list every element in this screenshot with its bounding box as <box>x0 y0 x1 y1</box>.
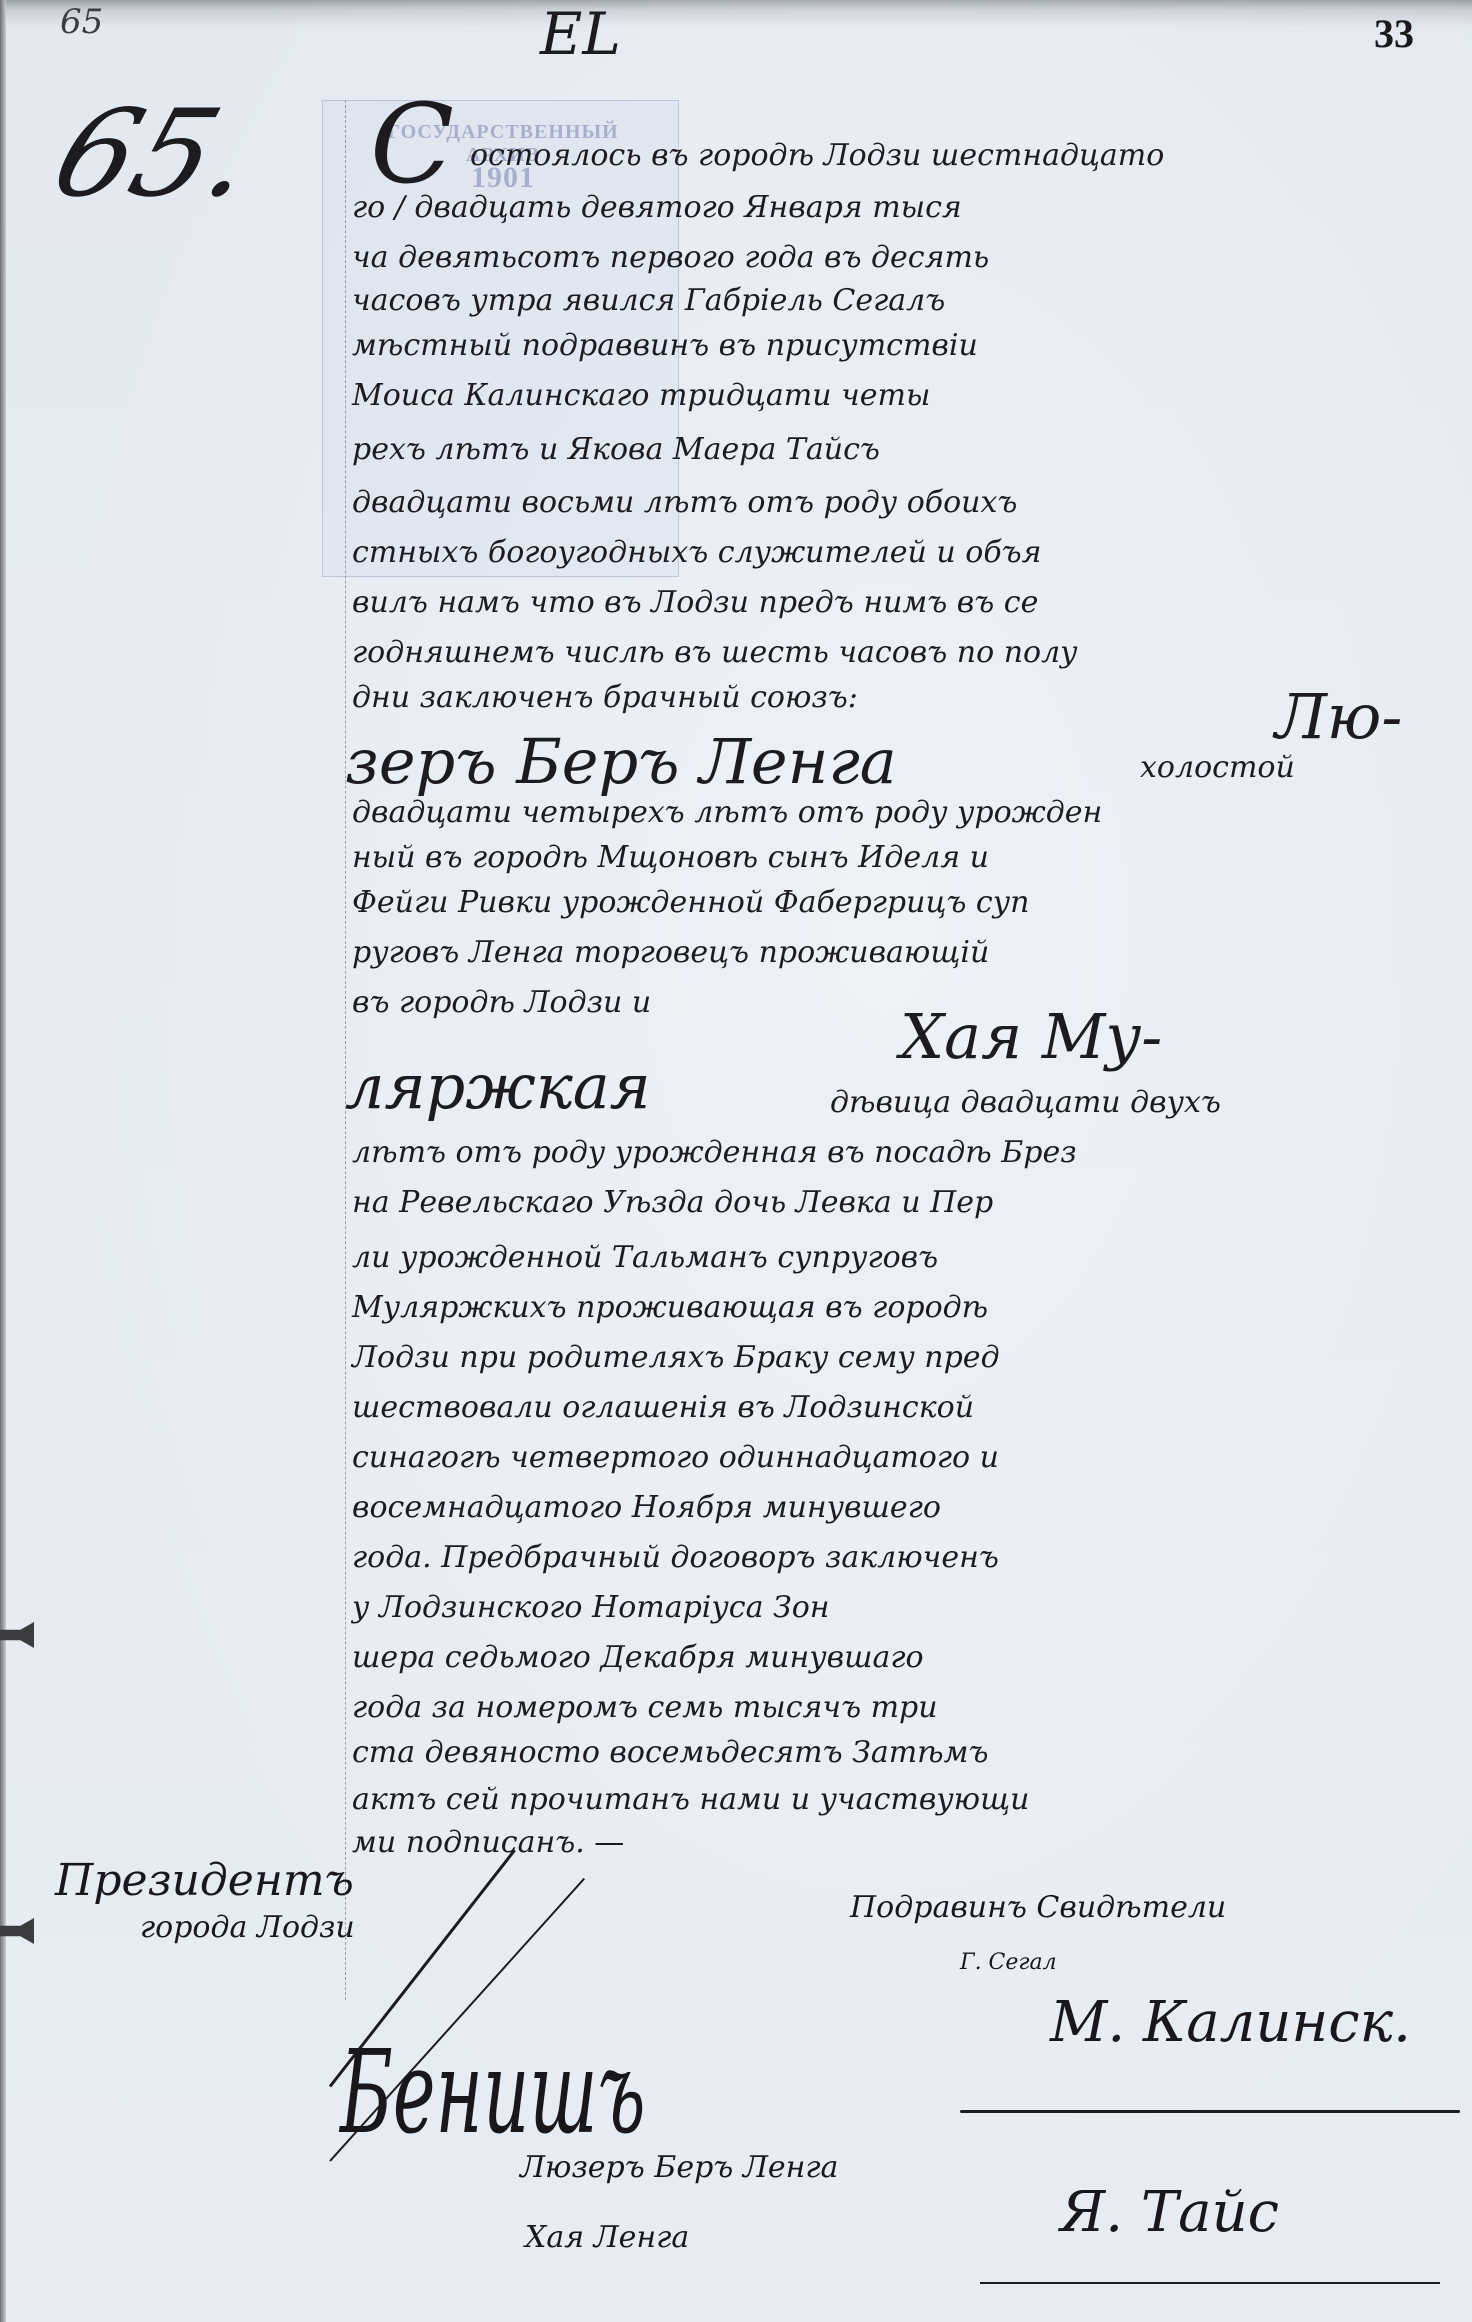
body-line: въ городѣ Лодзи и <box>352 985 651 1020</box>
body-line: стныхъ богоугодныхъ служителей и объя <box>352 535 1042 570</box>
body-line: Лодзи при родителяхъ Браку сему пред <box>352 1340 1000 1375</box>
page-number: 33 <box>1374 10 1414 57</box>
body-line: у Лодзинского Нотаріуса Зон <box>352 1590 830 1625</box>
body-line: руговъ Ленга торговецъ проживающій <box>352 935 989 970</box>
groom-signature: Люзеръ Беръ Ленга <box>520 2150 838 2185</box>
groom-name: зеръ Беръ Ленга <box>345 725 897 798</box>
president-signature: Бенишъ <box>340 2025 646 2159</box>
pencil-folio-mark: 65 <box>60 2 103 42</box>
body-line: восемнадцатого Ноября минувшего <box>352 1490 941 1525</box>
body-line: остоялось въ городѣ Лодзи шестнадцато <box>470 138 1164 173</box>
body-line: ча девятьсотъ первого года въ десять <box>352 240 989 275</box>
body-line: актъ сей прочитанъ нами и участвующи <box>352 1782 1029 1817</box>
witness-1-underline <box>960 2110 1460 2113</box>
body-line: ста девяносто восемьдесятъ Затѣмъ <box>352 1735 989 1770</box>
body-line: дѣвица двадцати двухъ <box>830 1085 1221 1120</box>
archival-page: ГОСУДАРСТВЕННЫЙ АРХИВ 1901 65 EL 33 65. … <box>0 0 1472 2322</box>
body-line: Моиса Калинскаго тридцати четы <box>352 378 930 413</box>
body-line: года за номеромъ семь тысячъ три <box>352 1690 938 1725</box>
witness-2-underline <box>980 2282 1440 2284</box>
body-line: ли урожденной Тальманъ супруговъ <box>352 1240 938 1275</box>
drop-cap-letter: С <box>370 80 454 208</box>
bride-signature: Хая Ленга <box>525 2220 689 2255</box>
body-line: годняшнемъ числѣ въ шесть часовъ по полу <box>352 635 1078 670</box>
body-line: дни заключенъ брачный союзъ: <box>352 680 858 715</box>
entry-number: 65. <box>37 85 273 224</box>
bride-name-part: Хая Му- <box>900 1000 1162 1073</box>
body-line: холостой <box>1140 750 1295 785</box>
witness-1-signature: М. Калинск. <box>1050 1990 1411 2055</box>
body-line: шера седьмого Декабря минувшаго <box>352 1640 924 1675</box>
witness-2-signature: Я. Тайс <box>1060 2180 1279 2245</box>
body-line: Муляржкихъ проживающая въ городѣ <box>352 1290 988 1325</box>
body-line: на Ревельскаго Уѣзда дочь Левка и Пер <box>352 1185 993 1220</box>
rabbi-witnesses-label: Подравинъ Свидѣтели <box>850 1890 1226 1925</box>
body-line: синагогѣ четвертого одиннадцатого и <box>352 1440 999 1475</box>
president-label-line-2: города Лодзи <box>140 1910 355 1945</box>
groom-name-part: Лю- <box>1275 680 1402 753</box>
body-line: двадцати восьми лѣтъ отъ роду обоихъ <box>352 485 1017 520</box>
body-line: шествовали оглашенія въ Лодзинской <box>352 1390 974 1425</box>
top-initials-mark: EL <box>540 0 621 68</box>
body-line: ми подписанъ. — <box>352 1825 624 1860</box>
body-line: ный въ городѣ Мщоновѣ сынъ Иделя и <box>352 840 989 875</box>
body-line: го / двадцать девятого Января тыся <box>352 190 962 225</box>
rabbi-signature: Г. Сегал <box>960 1950 1057 1975</box>
body-line: мѣстный подраввинъ въ присутствіи <box>352 328 978 363</box>
body-line: Фейги Ривки урожденной Фабергрицъ суп <box>352 885 1029 920</box>
body-line: года. Предбрачный договоръ заключенъ <box>352 1540 999 1575</box>
president-label-line-1: Президентъ <box>55 1855 354 1906</box>
body-line: вилъ намъ что въ Лодзи предъ нимъ въ се <box>352 585 1038 620</box>
body-line: часовъ утра явился Габріель Сегалъ <box>352 283 945 318</box>
body-line: рехъ лѣтъ и Якова Маера Тайсъ <box>352 432 880 467</box>
bride-surname: ляржкая <box>345 1050 651 1123</box>
body-line: лѣтъ отъ роду урожденная въ посадѣ Брез <box>352 1135 1077 1170</box>
binding-edge <box>0 0 6 2322</box>
body-line: двадцати четырехъ лѣтъ отъ роду урожден <box>352 795 1102 830</box>
